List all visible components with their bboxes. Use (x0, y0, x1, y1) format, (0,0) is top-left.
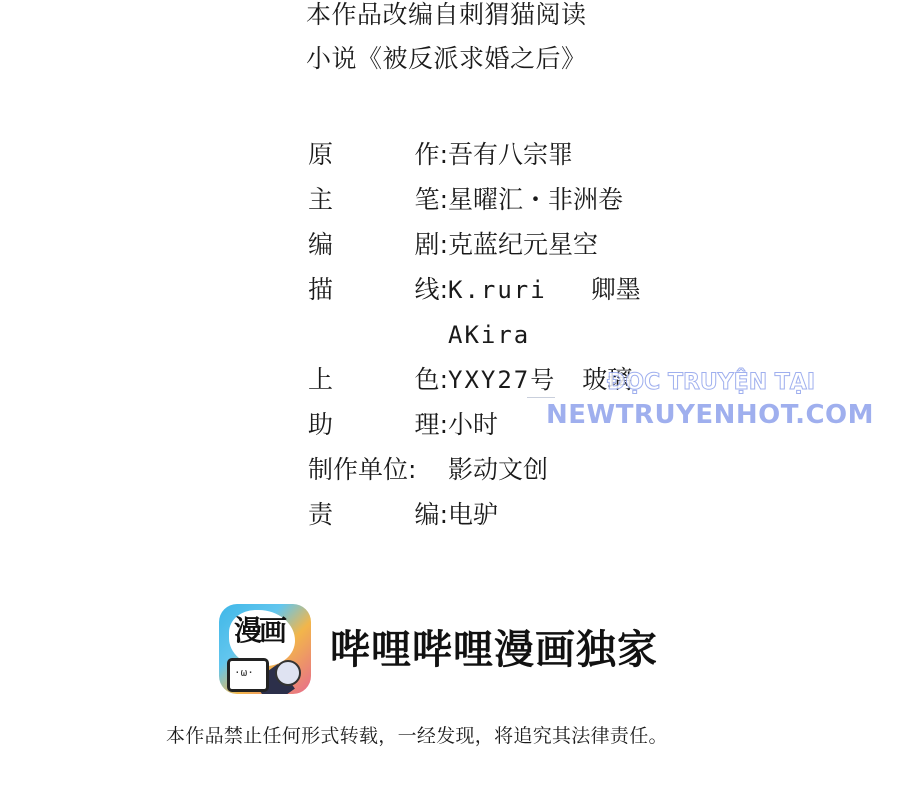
exclusive-brand-title: 哔哩哔哩漫画独家 (330, 624, 658, 676)
mascot-face: ·ω· (234, 666, 254, 679)
thumbs-up-hand-icon (275, 660, 301, 686)
credit-value: 吾有八宗罪 (448, 138, 573, 172)
copyright-notice: 本作品禁止任何形式转载，一经发现，将追究其法律责任。 (166, 722, 668, 750)
credit-value: K.ruri卿墨 (448, 273, 641, 307)
credit-value: 克蓝纪元星空 (448, 228, 598, 262)
credit-value: YXY27号玻璃 (448, 363, 632, 397)
credit-role: 描 线: (308, 273, 448, 307)
credit-value: AKira (448, 318, 530, 352)
credit-role: 责 编: (308, 498, 448, 532)
credit-value: 电驴 (448, 498, 498, 532)
adaptation-notice-line-2: 小说《被反派求婚之后》 (306, 44, 587, 74)
credit-role: 编 剧: (308, 228, 448, 262)
credit-role: 助 理: (308, 408, 448, 442)
credit-role: 上 色: (308, 363, 448, 397)
watermark-site-url: NEWTRUYENHOT.COM (546, 400, 874, 430)
tv-mascot-icon: ·ω· (227, 658, 269, 692)
credit-value: 星曜汇・非洲卷 (448, 183, 623, 217)
manga-logo-glyph: 漫画 (234, 614, 284, 648)
credit-role: 主 笔: (308, 183, 448, 217)
faint-divider (527, 397, 555, 398)
watermark-read-at: ĐỌC TRUYỆN TẠI (607, 370, 815, 395)
adaptation-notice-line-1: 本作品改编自刺猬猫阅读 (306, 0, 587, 30)
credit-role: 原 作: (308, 138, 448, 172)
credit-role: 制作单位: (308, 453, 448, 487)
credit-value: 小时 (448, 408, 498, 442)
bilibili-manga-app-icon: 漫画 ·ω· (219, 604, 311, 694)
credit-value: 影动文创 (448, 453, 548, 487)
